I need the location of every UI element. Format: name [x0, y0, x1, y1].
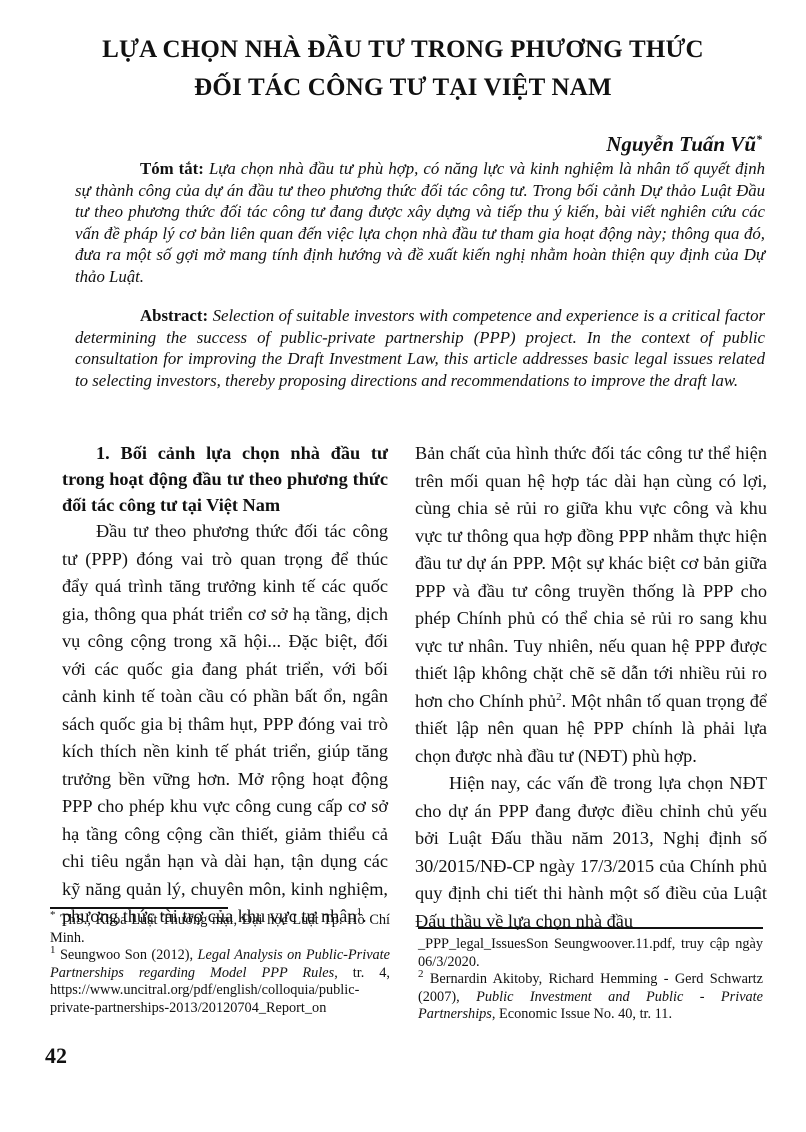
footnote-mark: * [50, 909, 56, 921]
body-paragraph: Bản chất của hình thức đối tác công tư t… [415, 440, 767, 770]
author-text: Nguyễn Tuấn Vũ [606, 132, 756, 156]
abstract-label: Abstract: [140, 306, 208, 325]
summary-vietnamese: Tóm tắt: Lựa chọn nhà đầu tư phù hợp, có… [75, 158, 765, 287]
abstract-english: Abstract: Selection of suitable investor… [75, 305, 765, 391]
article-title-line-1: LỰA CHỌN NHÀ ĐẦU TƯ TRONG PHƯƠNG THỨC [0, 36, 806, 64]
body-column-right: Bản chất của hình thức đối tác công tư t… [415, 440, 767, 935]
footnote-text: ThS., Khoa Luật Thương mại, Đại học Luật… [50, 912, 390, 946]
footnote-1: 1 Seungwoo Son (2012), Legal Analysis on… [50, 947, 390, 1017]
footnote-divider-left [50, 907, 228, 909]
footnote-author: * ThS., Khoa Luật Thương mại, Đại học Lu… [50, 912, 390, 947]
footnote-mark: 2 [418, 968, 424, 980]
body-paragraph: Hiện nay, các vấn đề trong lựa chọn NĐT … [415, 770, 767, 935]
paragraph-text: Đầu tư theo phương thức đối tác công tư … [62, 521, 388, 926]
page-number: 42 [45, 1043, 67, 1069]
footnote-text-end: , Economic Issue No. 40, tr. 11. [492, 1006, 672, 1022]
article-title-line-2: ĐỐI TÁC CÔNG TƯ TẠI VIỆT NAM [0, 74, 806, 102]
footnotes-left: * ThS., Khoa Luật Thương mại, Đại học Lu… [50, 912, 390, 1017]
body-paragraph: Đầu tư theo phương thức đối tác công tư … [62, 518, 388, 931]
paragraph-text: Bản chất của hình thức đối tác công tư t… [415, 443, 767, 711]
author-name: Nguyễn Tuấn Vũ* [606, 132, 762, 157]
footnote-2: 2 Bernardin Akitoby, Richard Hemming - G… [418, 971, 763, 1024]
body-column-left: 1. Bối cảnh lựa chọn nhà đầu tư trong ho… [62, 440, 388, 931]
footnote-1-continued: _PPP_legal_IssuesSon Seungwoover.11.pdf,… [418, 936, 763, 971]
author-footnote-mark: * [756, 132, 762, 146]
footnotes-right: _PPP_legal_IssuesSon Seungwoover.11.pdf,… [418, 936, 763, 1024]
section-1-heading: 1. Bối cảnh lựa chọn nhà đầu tư trong ho… [62, 440, 388, 518]
summary-label: Tóm tắt: [140, 159, 204, 178]
footnote-mark: 1 [50, 944, 56, 956]
footnote-divider-right [418, 927, 763, 929]
footnote-text: Seungwoo Son (2012), [60, 947, 198, 963]
